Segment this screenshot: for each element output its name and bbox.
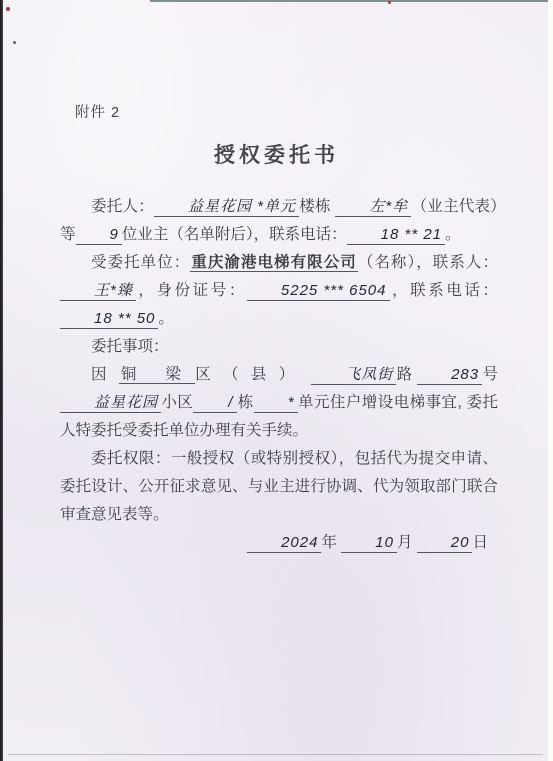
handwritten-estate-name: 益星花园: [94, 394, 158, 411]
matters-heading: 委托事项：: [60, 333, 498, 361]
scan-edge-right: [548, 0, 553, 761]
handwritten-principal-phone: 18 ** 21: [381, 226, 442, 243]
agency-phone-label: ，联系电: [390, 282, 465, 299]
attachment-label: 附件 2: [75, 101, 120, 122]
agency-name-label: （名称），联系: [358, 254, 466, 271]
handwritten-community-unit: 益星花园 *单元: [188, 198, 296, 215]
handwritten-agency-phone: 18 ** 50: [94, 310, 155, 327]
blank-estate-name: 益星花园: [60, 394, 161, 413]
principal-count-unit: 位: [122, 226, 138, 243]
scan-edge-top: [150, 0, 548, 2]
handwritten-unit-number: *: [288, 394, 295, 411]
blank-date-year: 2024: [247, 534, 321, 553]
handwritten-owner-name: 左*牟: [369, 198, 408, 215]
blank-community-unit: 益星花园 *单元: [154, 198, 299, 217]
paragraph-principal: 委托人：益星花园 *单元楼栋 左*牟（业主代表）等9位业主（名单附后），联系电话…: [60, 193, 498, 249]
principal-line2: 业主（名单附后），联系电话：: [137, 226, 346, 243]
paragraph-matter: 因铜 梁区（县） 飞凤街路 283号 益星花园小区/栋*单元住户增设电梯事宜, …: [60, 361, 498, 445]
blank-owner-count: 9: [76, 226, 122, 245]
agency-lead: 受委托单位：: [91, 254, 190, 271]
agency-id-label: ，身份证号：: [136, 282, 247, 299]
blank-street-number: 283: [417, 366, 482, 385]
handwritten-building-number: /: [228, 394, 233, 411]
matter-road-label: 路: [396, 366, 412, 383]
handwritten-month: 10: [375, 534, 394, 551]
agency-phone-lead: 话：: [464, 282, 498, 299]
month-label: 月: [397, 534, 413, 551]
scan-speck: [388, 1, 391, 4]
matter-county: 铜 梁: [119, 366, 195, 384]
blank-unit-number: *: [254, 394, 298, 413]
scan-speck: [6, 7, 10, 11]
agency-contact-lead: 人：: [466, 254, 498, 271]
scan-edge-left: [0, 0, 3, 761]
matter-estate-label: 小区: [161, 394, 193, 411]
blank-date-month: 10: [341, 534, 397, 553]
date-line: 2024年 10月 20日: [60, 529, 498, 557]
agency-period: 。: [158, 310, 174, 327]
paragraph-agency: 受委托单位：重庆渝港电梯有限公司（名称），联系人：王*臻，身份证号：5225 *…: [60, 249, 498, 333]
scanned-document-page: 附件 2 授权委托书 委托人：益星花园 *单元楼栋 左*牟（业主代表）等9位业主…: [0, 0, 553, 761]
handwritten-street-number: 283: [451, 366, 479, 383]
principal-lead: 委托人：: [91, 198, 154, 215]
matter-tail-2: 人特委托受委托单位办理有关手续。: [60, 422, 308, 439]
blank-id-number: 5225 *** 6504: [247, 282, 390, 301]
matter-building-label: 栋: [237, 394, 253, 411]
handwritten-contact-name: 王*臻: [94, 282, 133, 299]
blank-principal-phone: 18 ** 21: [347, 226, 445, 245]
handwritten-street: 飞凤街: [345, 366, 393, 383]
principal-period: 。: [445, 226, 461, 243]
blank-street: 飞凤街: [311, 366, 396, 385]
year-label: 年: [321, 534, 337, 551]
scan-speck: [13, 41, 16, 44]
matter-tail-1: 单元住户增设电梯事宜, 委托: [298, 394, 498, 411]
document-title: 授权委托书: [0, 139, 553, 169]
principal-building-label: 楼栋: [299, 198, 331, 215]
handwritten-owner-count: 9: [110, 226, 119, 243]
document-body: 委托人：益星花园 *单元楼栋 左*牟（业主代表）等9位业主（名单附后），联系电话…: [60, 193, 498, 557]
matter-number-label: 号: [482, 366, 498, 383]
handwritten-day: 20: [451, 534, 470, 551]
blank-contact-name: 王*臻: [60, 282, 136, 301]
paragraph-authority: 委托权限：一般授权（或特别授权），包括代为提交申请、委托设计、公开征求意见、与业…: [60, 445, 498, 529]
blank-building-number: /: [193, 394, 237, 413]
blank-date-day: 20: [417, 534, 473, 553]
blank-owner-name: 左*牟: [335, 198, 411, 217]
matter-county-label: 区（县）: [195, 366, 306, 383]
handwritten-year: 2024: [281, 534, 318, 551]
agency-company-name: 重庆渝港电梯有限公司: [190, 254, 358, 272]
scan-edge-bottom: [8, 754, 543, 755]
day-label: 日: [472, 534, 488, 551]
matter-lead: 因: [91, 366, 119, 383]
handwritten-id-number: 5225 *** 6504: [281, 282, 387, 299]
blank-agency-phone: 18 ** 50: [60, 310, 158, 329]
